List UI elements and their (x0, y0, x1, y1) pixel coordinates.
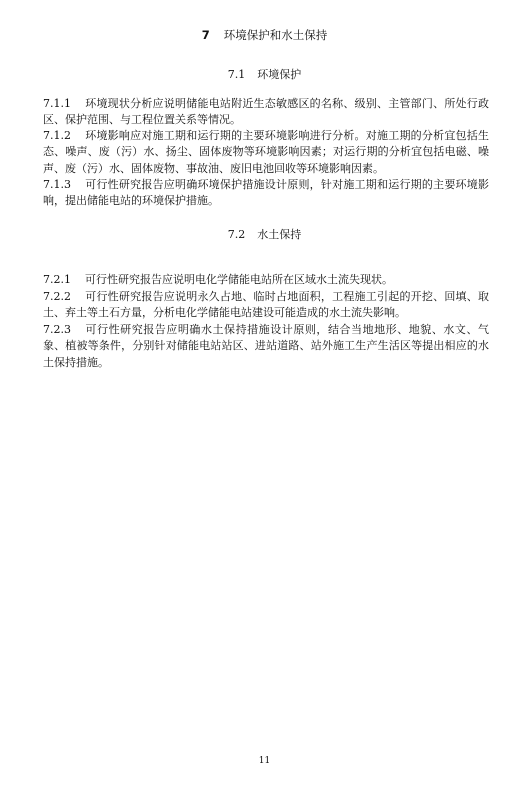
clause-7-2-1: 7.2.1可行性研究报告应说明电化学储能电站所在区域水土流失现状。 (43, 272, 489, 288)
chapter-heading: 7环境保护和水土保持 (0, 27, 529, 43)
page-number: 11 (0, 756, 529, 766)
clause-7-2-2: 7.2.2可行性研究报告应说明永久占地、临时占地面积，工程施工引起的开挖、回填、… (43, 289, 489, 322)
clause-7-1-1: 7.1.1环境现状分析应说明储能电站附近生态敏感区的名称、级别、主管部门、所处行… (43, 96, 489, 129)
clause-7-2-3: 7.2.3可行性研究报告应明确水土保持措施设计原则，结合当地地形、地貌、水文、气… (43, 322, 489, 371)
clause-number: 7.2.1 (43, 273, 71, 286)
section-title: 环境保护 (257, 68, 301, 81)
clause-number: 7.1.2 (43, 129, 71, 142)
clause-text: 环境现状分析应说明储能电站附近生态敏感区的名称、级别、主管部门、所处行政区、保护… (43, 97, 489, 126)
clause-number: 7.2.2 (43, 290, 71, 303)
section-title: 水土保持 (257, 228, 301, 241)
chapter-number: 7 (202, 28, 210, 42)
clause-text: 可行性研究报告应明确环境保护措施设计原则，针对施工期和运行期的主要环境影响，提出… (43, 178, 489, 207)
clause-7-1-3: 7.1.3可行性研究报告应明确环境保护措施设计原则，针对施工期和运行期的主要环境… (43, 177, 489, 210)
section-heading-7-1: 7.1环境保护 (0, 66, 529, 82)
chapter-title: 环境保护和水土保持 (224, 28, 328, 42)
clause-7-1-2: 7.1.2环境影响应对施工期和运行期的主要环境影响进行分析。对施工期的分析宜包括… (43, 128, 489, 177)
section-number: 7.2 (228, 228, 246, 241)
clause-text: 可行性研究报告应说明电化学储能电站所在区域水土流失现状。 (85, 273, 393, 286)
section-heading-7-2: 7.2水土保持 (0, 226, 529, 242)
clause-text: 可行性研究报告应明确水土保持措施设计原则，结合当地地形、地貌、水文、气象、植被等… (43, 323, 489, 369)
clause-number: 7.1.1 (43, 97, 71, 110)
clause-text: 环境影响应对施工期和运行期的主要环境影响进行分析。对施工期的分析宜包括生态、噪声… (43, 129, 489, 175)
section-number: 7.1 (228, 68, 246, 81)
clause-text: 可行性研究报告应说明永久占地、临时占地面积，工程施工引起的开挖、回填、取土、弃土… (43, 290, 489, 319)
clause-number: 7.2.3 (43, 323, 71, 336)
clause-number: 7.1.3 (43, 178, 71, 191)
